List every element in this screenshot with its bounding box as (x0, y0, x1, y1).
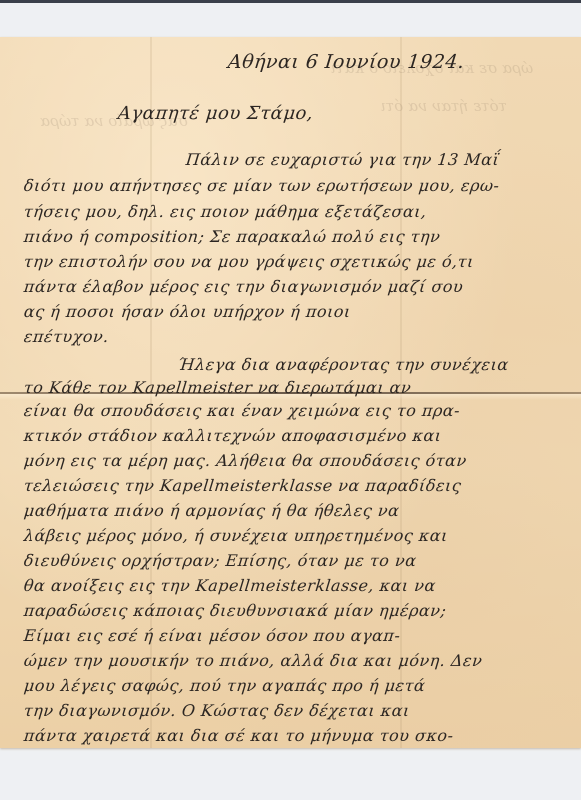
letter-line: πάντα χαιρετά και δια σέ και το μήνυμα τ… (23, 726, 455, 745)
letter-line: μαθήματα πιάνο ή αρμονίας ή θα ήθελες να (23, 501, 400, 520)
letter-salutation: Αγαπητέ μου Στάμο, (117, 103, 314, 124)
letter-line: την επιστολήν σου να μου γράψεις σχετικώ… (23, 252, 475, 271)
letter-line: πάντα έλαβον μέρος εις την διαγωνισμόν μ… (23, 277, 464, 296)
letter-line: Είμαι εις εσέ ή είναι μέσον όσον που αγα… (23, 626, 401, 645)
letter-line: το Κάθε τον Kapellmeister να διερωτάμαι … (23, 378, 412, 397)
letter-line: λάβεις μέρος μόνο, ή συνέχεια υπηρετημέν… (23, 526, 449, 545)
letter-line: Ήλεγα δια αναφέροντας την συνέχεια (177, 355, 510, 374)
letter-line: την διαγωνισμόν. Ο Κώστας δεν δέχεται κα… (23, 701, 411, 720)
letter-line: κτικόν στάδιον καλλιτεχνών αποφασισμένο … (23, 426, 443, 445)
letter-line: παραδώσεις κάποιας διευθυνσιακά μίαν ημέ… (23, 601, 447, 620)
letter-line: τελειώσεις την Kapellmeisterklasse να πα… (23, 476, 462, 495)
letter-line: Πάλιν σε ευχαριστώ για την 13 Μαΐ (185, 150, 500, 169)
letter-paper: ώρα σε και σχολείο ο κάτι τότε ήταν να ό… (0, 37, 581, 748)
letter-line: μόνη εις τα μέρη μας. Αλήθεια θα σπουδάσ… (23, 451, 468, 470)
letter-line: διευθύνεις ορχήστραν; Επίσης, όταν με το… (23, 551, 418, 570)
scanner-edge (0, 0, 581, 3)
letter-line: πιάνο ή composition; Σε παρακαλώ πολύ ει… (23, 227, 441, 246)
letter-line: διότι μου απήντησες σε μίαν των ερωτήσεω… (23, 176, 501, 195)
letter-date: Αθήναι 6 Ιουνίου 1924. (227, 51, 466, 73)
bleed-through-text: τότε ήταν να ότι (380, 97, 507, 115)
letter-line: είναι θα σπουδάσεις και έναν χειμώνα εις… (23, 401, 461, 420)
letter-line: επέτυχον. (23, 327, 110, 346)
letter-line: ας ή ποσοι ήσαν όλοι υπήρχον ή ποιοι (23, 302, 352, 321)
letter-line: θα ανοίξεις εις την Kapellmeisterklasse,… (23, 576, 437, 595)
letter-line: τήσεις μου, δηλ. εις ποιον μάθημα εξετάζ… (23, 202, 428, 221)
letter-line: ώμεν την μουσικήν το πιάνο, αλλά δια και… (23, 651, 483, 670)
letter-line: μου λέγεις σαφώς, πού την αγαπάς προ ή μ… (23, 676, 426, 695)
